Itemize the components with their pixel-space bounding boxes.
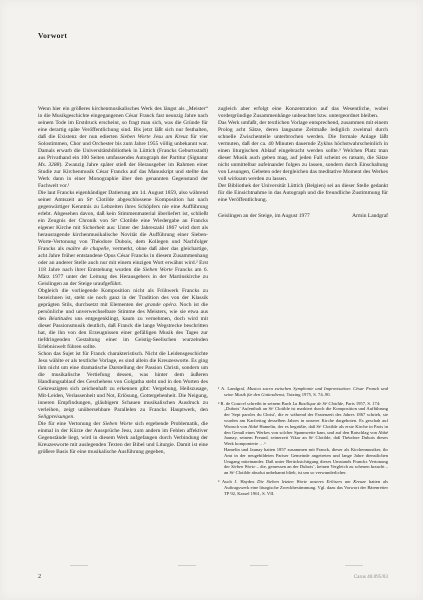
text-columns: Wenn hier ein größeres kirchenmusikalisc…	[38, 106, 388, 552]
paragraph-8: Der Bibliothek der Universität Lüttich (…	[218, 183, 388, 204]
left-column: Wenn hier ein größeres kirchenmusikalisc…	[38, 106, 208, 552]
paragraph-7: Das Werk umfaßt, der textlichen Vorlage …	[218, 120, 388, 183]
page-footer: 2 Carus 40.095/03	[38, 573, 388, 580]
paragraph-5: Die für eine Vertonung der Sieben Worte …	[38, 421, 208, 456]
author-signature: Armin Landgraf	[352, 213, 388, 220]
imprint: Carus 40.095/03	[354, 574, 388, 580]
footnote-3: ³ Auch J. Haydns Die Sieben letzten Wort…	[218, 479, 388, 496]
dateline-place-date: Geislingen an der Steige, im August 1977	[218, 213, 310, 220]
scan-mark	[70, 565, 88, 566]
footnote-1-text: ¹ A. Landgraf, Musica sacra zwischen Sym…	[218, 386, 388, 398]
scan-mark	[178, 565, 196, 566]
scanned-book-page: Vorwort Wenn hier ein größeres kirchenmu…	[0, 0, 423, 600]
paragraph-3: Obgleich die vorliegende Komposition nic…	[38, 288, 208, 351]
footnote-2-quote: „Dubois’ Aufenthalt an Stᵉ Clotilde ist …	[218, 406, 388, 447]
dateline: Geislingen an der Steige, im August 1977…	[218, 213, 388, 220]
footnote-3-text: ³ Auch J. Haydns Die Sieben letzten Wort…	[218, 479, 388, 496]
footnote-1: ¹ A. Landgraf, Musica sacra zwischen Sym…	[218, 386, 388, 398]
page-title: Vorwort	[38, 31, 67, 40]
page-number: 2	[38, 573, 41, 580]
paragraph-6: zugleich aber erfolgt eine Konzentration…	[218, 106, 388, 120]
scan-mark	[250, 565, 268, 566]
footnotes: ¹ A. Landgraf, Musica sacra zwischen Sym…	[218, 386, 388, 499]
paragraph-4: Schon das Sujet ist für Franck charakter…	[38, 351, 208, 421]
paragraph-2: Die laut Francks eigenhändiger Datierung…	[38, 190, 208, 288]
paragraph-1: Wenn hier ein größeres kirchenmusikalisc…	[38, 106, 208, 190]
scan-mark	[345, 565, 363, 566]
footnote-2: ² R. de Courcel schreibt in seinem Buch …	[218, 401, 388, 476]
footnote-2-comment: Hamelin und Jaunay hatten 1857 zusammen …	[218, 447, 388, 476]
right-column: zugleich aber erfolgt eine Konzentration…	[218, 106, 388, 552]
